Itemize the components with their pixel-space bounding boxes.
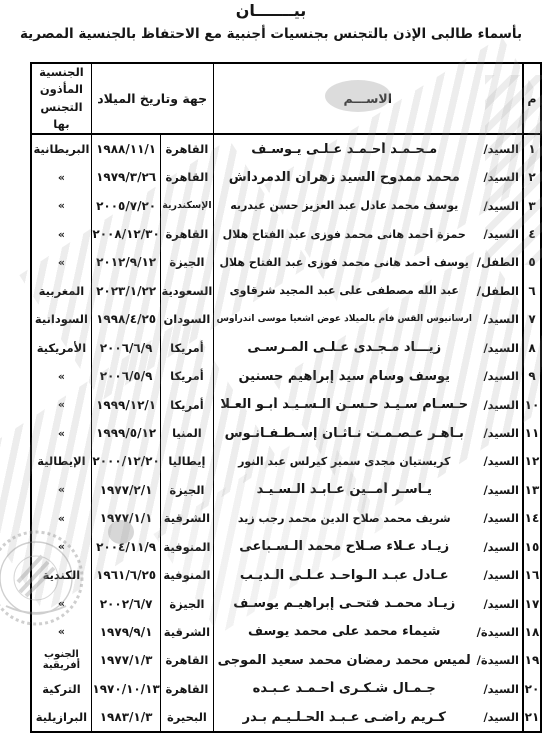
- row-number: ١٤: [523, 504, 541, 532]
- authorized-nationality: »: [31, 589, 91, 617]
- authorized-nationality: »: [31, 191, 91, 219]
- honorific-label: السيد/: [475, 398, 519, 412]
- birth-place: أمريكا: [161, 362, 213, 390]
- birth-date: ١٩٩٨/٤/٢٥: [91, 305, 160, 333]
- person-name-cell: السيد/ ارسانيوس القس فام بالميلاد عوض أش…: [213, 305, 523, 333]
- birth-date: ١٩٧٧/١/١: [91, 504, 160, 532]
- birth-place: الشرقية: [161, 618, 213, 646]
- person-name-cell: الطفل/ يوسف أحمد هانى محمد فوزى عبد الفت…: [213, 248, 523, 276]
- birth-place: إيطاليا: [161, 447, 213, 475]
- row-number: ٣: [523, 191, 541, 219]
- table-body: ١ السيد/ مـحـمـد أحـمـد عـلـى يـوسـف الق…: [31, 134, 541, 732]
- birth-date: ١٩٧٠/١٠/١٣: [91, 675, 160, 703]
- row-number: ١٦: [523, 561, 541, 589]
- person-name: زيـاد محمـد فتحـى إبراهيـم يوسـف: [217, 596, 472, 611]
- honorific-label: السيد/: [475, 341, 519, 355]
- honorific-label: السيد/: [475, 369, 519, 383]
- authorized-nationality: »: [31, 618, 91, 646]
- authorized-nationality: »: [31, 476, 91, 504]
- honorific-label: السيد/: [475, 454, 519, 468]
- authorized-nationality: البرازيلية: [31, 703, 91, 732]
- table-row: ١٨ السيدة/ شيماء محمد على محمد يوسف الشر…: [31, 618, 541, 646]
- row-number: ١٨: [523, 618, 541, 646]
- birth-place: الجيزة: [161, 248, 213, 276]
- row-number: ٧: [523, 305, 541, 333]
- birth-place: الجيزة: [161, 476, 213, 504]
- row-number: ٨: [523, 334, 541, 362]
- person-name-cell: السيد/ بـاهـر عـصـمـت نـاثـان إسـطـفـانـ…: [213, 419, 523, 447]
- table-row: ١٤ السيد/ شريف محمد صلاح الدين محمد رجب …: [31, 504, 541, 532]
- birth-date: ٢٠٠٨/١٢/٣٠: [91, 220, 160, 248]
- row-number: ١: [523, 134, 541, 163]
- table-row: ١٣ السيد/ يـاسـر أمــين عـابـد الـسـيـد …: [31, 476, 541, 504]
- person-name: بـاهـر عـصـمـت نـاثـان إسـطـفـانـوس: [217, 426, 472, 441]
- person-name: حمزة أحمد هانى محمد فوزى عبد الفتاح هلال: [217, 228, 472, 241]
- birth-date: ١٩٧٧/١/٣: [91, 646, 160, 674]
- row-number: ١٣: [523, 476, 541, 504]
- person-name: مـحـمـد أحـمـد عـلـى يـوسـف: [217, 142, 472, 157]
- authorized-nationality: »: [31, 220, 91, 248]
- table-row: ١ السيد/ مـحـمـد أحـمـد عـلـى يـوسـف الق…: [31, 134, 541, 163]
- honorific-label: السيدة/: [475, 653, 519, 667]
- row-number: ١٧: [523, 589, 541, 617]
- person-name-cell: السيد/ شريف محمد صلاح الدين محمد رجب زيد: [213, 504, 523, 532]
- table-row: ١٠ السيد/ حـسـام سـيـد حـسـن الـسـيـد أب…: [31, 390, 541, 418]
- authorized-nationality: »: [31, 390, 91, 418]
- person-name: زيـــاد مـجـدى عـلـى المـرسـى: [217, 340, 472, 355]
- person-name-cell: السيد/ زيـاد محمـد فتحـى إبراهيـم يوسـف: [213, 589, 523, 617]
- authorized-nationality: »: [31, 248, 91, 276]
- birth-place: الجيزة: [161, 589, 213, 617]
- honorific-label: السيد/: [475, 710, 519, 724]
- birth-date: ١٩٨٨/١١/١: [91, 134, 160, 163]
- birth-date: ١٩٦١/٦/٢٥: [91, 561, 160, 589]
- col-header-birth-place-date: جهة وتاريخ الميلاد: [91, 63, 213, 134]
- table-row: ١٥ السيد/ زيـاد عـلاء صـلاح محمد الـسـبا…: [31, 532, 541, 560]
- authorized-nationality: الجنوب أفريقية: [31, 646, 91, 674]
- honorific-label: السيد/: [475, 483, 519, 497]
- honorific-label: الطفل/: [475, 255, 519, 269]
- birth-place: البحيرة: [161, 703, 213, 732]
- person-name: محمد ممدوح السيد زهران الدمرداش: [217, 170, 472, 185]
- honorific-label: السيد/: [475, 540, 519, 554]
- honorific-label: السيد/: [475, 597, 519, 611]
- person-name-cell: السيد/ كريستيان مجدى سمير كيرلس عبد النو…: [213, 447, 523, 475]
- birth-place: الشرقية: [161, 504, 213, 532]
- birth-date: ٢٠٠٢/٦/٧: [91, 589, 160, 617]
- row-number: ٢٠: [523, 675, 541, 703]
- authorized-nationality: الإيطالية: [31, 447, 91, 475]
- honorific-label: الطفل/: [475, 284, 519, 298]
- birth-date: ٢٠٠٥/٧/٢٠: [91, 191, 160, 219]
- birth-date: ٢٠٢٣/١/٢٢: [91, 277, 160, 305]
- person-name: حـسـام سـيـد حـسـن الـسـيـد أبـو العـلا: [217, 397, 472, 412]
- person-name: يوسف أحمد هانى محمد فوزى عبد الفتاح هلال: [217, 256, 472, 269]
- birth-place: أمريكا: [161, 334, 213, 362]
- person-name: كريستيان مجدى سمير كيرلس عبد النور: [217, 455, 472, 468]
- birth-place: القاهرة: [161, 646, 213, 674]
- person-name-cell: السيد/ جـمـال شـكـرى أحـمـد عـبـده: [213, 675, 523, 703]
- person-name-cell: السيد/ يـاسـر أمــين عـابـد الـسـيـد: [213, 476, 523, 504]
- row-number: ٢: [523, 163, 541, 191]
- naturalization-table: م الاســـم جهة وتاريخ الميلاد الجنسية ال…: [30, 62, 542, 733]
- person-name: عبد الله مصطفى على عبد المجيد شرقاوى: [217, 284, 472, 297]
- document-title: بيـــــــان: [0, 1, 542, 20]
- birth-place: القاهرة: [161, 163, 213, 191]
- authorized-nationality: البريطانية: [31, 134, 91, 163]
- row-number: ١٩: [523, 646, 541, 674]
- person-name: شريف محمد صلاح الدين محمد رجب زيد: [217, 512, 472, 525]
- person-name-cell: السيد/ عـادل عبـد الـواحـد عـلـى الـديـب: [213, 561, 523, 589]
- document-subtitle: بأسماء طالبى الإذن بالتجنس بجنسيات أجنبي…: [0, 26, 542, 42]
- table-row: ١٦ السيد/ عـادل عبـد الـواحـد عـلـى الـد…: [31, 561, 541, 589]
- row-number: ٩: [523, 362, 541, 390]
- person-name: يوسف وسام سيد إبراهيم حسنين: [217, 369, 472, 384]
- birth-place: أمريكا: [161, 390, 213, 418]
- authorized-nationality: »: [31, 532, 91, 560]
- birth-place: الإسكندرية: [161, 191, 213, 219]
- col-header-nationality: الجنسية المأذون التجنس بها: [31, 63, 91, 134]
- table-row: ١٩ السيدة/ لميس محمد رمضان محمد سعيد الم…: [31, 646, 541, 674]
- row-number: ١٥: [523, 532, 541, 560]
- birth-date: ١٩٩٩/٥/١٢: [91, 419, 160, 447]
- person-name: يـاسـر أمــين عـابـد الـسـيـد: [217, 482, 472, 497]
- honorific-label: السيد/: [475, 142, 519, 156]
- row-number: ١٠: [523, 390, 541, 418]
- person-name-cell: السيد/ حمزة أحمد هانى محمد فوزى عبد الفت…: [213, 220, 523, 248]
- birth-date: ٢٠٠٠/١٢/٢٠: [91, 447, 160, 475]
- person-name-cell: السيد/ كـريم راضـى عـبـد الحـلـيـم بـدر: [213, 703, 523, 732]
- table-row: ١٢ السيد/ كريستيان مجدى سمير كيرلس عبد ا…: [31, 447, 541, 475]
- table-row: ٧ السيد/ ارسانيوس القس فام بالميلاد عوض …: [31, 305, 541, 333]
- honorific-label: السيد/: [475, 170, 519, 184]
- table-row: ٤ السيد/ حمزة أحمد هانى محمد فوزى عبد ال…: [31, 220, 541, 248]
- table-row: ١١ السيد/ بـاهـر عـصـمـت نـاثـان إسـطـفـ…: [31, 419, 541, 447]
- col-header-number: م: [523, 63, 541, 134]
- person-name: لميس محمد رمضان محمد سعيد الموجى: [217, 653, 472, 668]
- table-row: ٩ السيد/ يوسف وسام سيد إبراهيم حسنين أمر…: [31, 362, 541, 390]
- row-number: ٤: [523, 220, 541, 248]
- birth-place: السودان: [161, 305, 213, 333]
- birth-date: ٢٠٠٦/٦/٩: [91, 334, 160, 362]
- honorific-label: السيد/: [475, 227, 519, 241]
- person-name: يوسف محمد عادل عبد العزيز حسن عبدربه: [217, 199, 472, 212]
- person-name: عـادل عبـد الـواحـد عـلـى الـديـب: [217, 568, 472, 583]
- row-number: ٢١: [523, 703, 541, 732]
- birth-place: القاهرة: [161, 675, 213, 703]
- authorized-nationality: الكندية: [31, 561, 91, 589]
- birth-place: القاهرة: [161, 134, 213, 163]
- honorific-label: السيد/: [475, 568, 519, 582]
- col-header-name: الاســـم: [213, 63, 523, 134]
- table-row: ٣ السيد/ يوسف محمد عادل عبد العزيز حسن ع…: [31, 191, 541, 219]
- birth-date: ٢٠١٢/٩/١٢: [91, 248, 160, 276]
- person-name-cell: السيد/ يوسف محمد عادل عبد العزيز حسن عبد…: [213, 191, 523, 219]
- person-name: كـريم راضـى عـبـد الحـلـيـم بـدر: [217, 710, 472, 725]
- authorized-nationality: »: [31, 419, 91, 447]
- birth-place: المنوفية: [161, 532, 213, 560]
- authorized-nationality: السودانية: [31, 305, 91, 333]
- person-name-cell: الطفل/ عبد الله مصطفى على عبد المجيد شرق…: [213, 277, 523, 305]
- authorized-nationality: المغربية: [31, 277, 91, 305]
- birth-date: ٢٠٠٦/٥/٩: [91, 362, 160, 390]
- honorific-label: السيد/: [475, 682, 519, 696]
- birth-date: ١٩٨٣/١/٣: [91, 703, 160, 732]
- honorific-label: السيد/: [475, 426, 519, 440]
- scanned-document-page: بيـــــــان بأسماء طالبى الإذن بالتجنس ب…: [0, 0, 542, 750]
- table-row: ٥ الطفل/ يوسف أحمد هانى محمد فوزى عبد ال…: [31, 248, 541, 276]
- birth-place: القاهرة: [161, 220, 213, 248]
- person-name-cell: السيد/ يوسف وسام سيد إبراهيم حسنين: [213, 362, 523, 390]
- person-name: ارسانيوس القس فام بالميلاد عوض أشعيا موس…: [217, 314, 472, 324]
- honorific-label: السيد/: [475, 511, 519, 525]
- table-row: ٢٠ السيد/ جـمـال شـكـرى أحـمـد عـبـده ال…: [31, 675, 541, 703]
- person-name-cell: السيد/ زيـــاد مـجـدى عـلـى المـرسـى: [213, 334, 523, 362]
- table-row: ٦ الطفل/ عبد الله مصطفى على عبد المجيد ش…: [31, 277, 541, 305]
- table-header-row: م الاســـم جهة وتاريخ الميلاد الجنسية ال…: [31, 63, 541, 134]
- person-name-cell: السيدة/ لميس محمد رمضان محمد سعيد الموجى: [213, 646, 523, 674]
- birth-place: المنيا: [161, 419, 213, 447]
- person-name: شيماء محمد على محمد يوسف: [217, 624, 472, 639]
- table-row: ٨ السيد/ زيـــاد مـجـدى عـلـى المـرسـى أ…: [31, 334, 541, 362]
- row-number: ٦: [523, 277, 541, 305]
- person-name-cell: السيد/ حـسـام سـيـد حـسـن الـسـيـد أبـو …: [213, 390, 523, 418]
- birth-place: السعودية: [161, 277, 213, 305]
- birth-date: ١٩٩٩/١٢/١: [91, 390, 160, 418]
- birth-date: ١٩٧٩/٣/٢٦: [91, 163, 160, 191]
- birth-place: المنوفية: [161, 561, 213, 589]
- birth-date: ٢٠٠٤/١١/٩: [91, 532, 160, 560]
- person-name-cell: السيدة/ شيماء محمد على محمد يوسف: [213, 618, 523, 646]
- honorific-label: السيد/: [475, 199, 519, 213]
- birth-date: ١٩٧٩/٩/١: [91, 618, 160, 646]
- person-name: جـمـال شـكـرى أحـمـد عـبـده: [217, 681, 472, 696]
- table-row: ٢١ السيد/ كـريم راضـى عـبـد الحـلـيـم بـ…: [31, 703, 541, 732]
- person-name: زيـاد عـلاء صـلاح محمد الـسـباعى: [217, 539, 472, 554]
- authorized-nationality: »: [31, 362, 91, 390]
- table-row: ١٧ السيد/ زيـاد محمـد فتحـى إبراهيـم يوس…: [31, 589, 541, 617]
- birth-date: ١٩٧٧/٢/١: [91, 476, 160, 504]
- person-name-cell: السيد/ زيـاد عـلاء صـلاح محمد الـسـباعى: [213, 532, 523, 560]
- honorific-label: السيدة/: [475, 625, 519, 639]
- row-number: ٥: [523, 248, 541, 276]
- person-name-cell: السيد/ محمد ممدوح السيد زهران الدمرداش: [213, 163, 523, 191]
- authorized-nationality: التركية: [31, 675, 91, 703]
- authorized-nationality: الأمريكية: [31, 334, 91, 362]
- table-row: ٢ السيد/ محمد ممدوح السيد زهران الدمرداش…: [31, 163, 541, 191]
- row-number: ١١: [523, 419, 541, 447]
- row-number: ١٢: [523, 447, 541, 475]
- person-name-cell: السيد/ مـحـمـد أحـمـد عـلـى يـوسـف: [213, 134, 523, 163]
- authorized-nationality: »: [31, 163, 91, 191]
- authorized-nationality: »: [31, 504, 91, 532]
- honorific-label: السيد/: [475, 312, 519, 326]
